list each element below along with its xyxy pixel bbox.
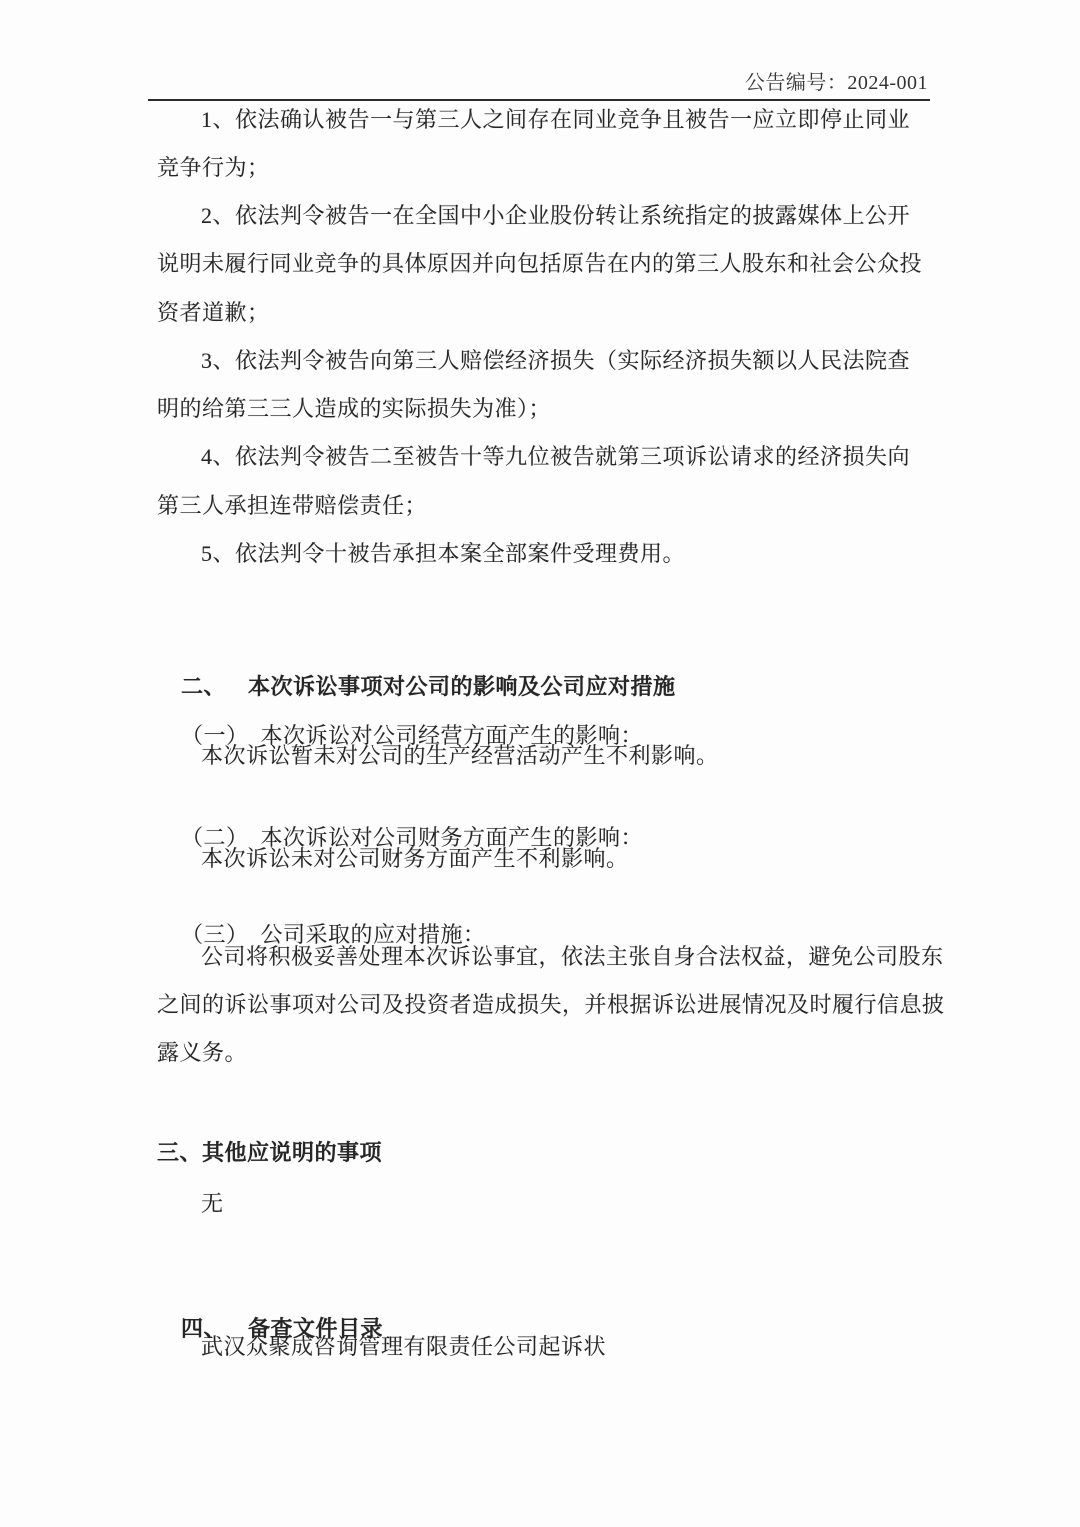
claim-3-line-1: 3、依法判令被告向第三人赔偿经济损失（实际经济损失额以人民法院查 <box>201 347 910 375</box>
claim-1-line-1: 1、依法确认被告一与第三人之间存在同业竞争且被告一应立即停止同业 <box>201 106 910 134</box>
section-2-sub-1-body: 本次诉讼暂未对公司的生产经营活动产生不利影响。 <box>201 742 719 770</box>
claim-2-line-1: 2、依法判令被告一在全国中小企业股份转让系统指定的披露媒体上公开 <box>201 202 910 230</box>
section-2-sub-2-body: 本次诉讼未对公司财务方面产生不利影响。 <box>201 845 629 873</box>
section-3-heading: 三、其他应说明的事项 <box>157 1139 382 1167</box>
claim-2-line-3: 资者道歉； <box>157 299 270 327</box>
claim-2-line-2: 说明未履行同业竞争的具体原因并向包括原告在内的第三人股东和社会公众投 <box>157 250 922 278</box>
section-2-sub-3-body-line-3: 露义务。 <box>157 1039 247 1067</box>
claim-4-line-1: 4、依法判令被告二至被告十等九位被告就第三项诉讼请求的经济损失向 <box>201 443 910 471</box>
section-2-sub-3-body-line-2: 之间的诉讼事项对公司及投资者造成损失，并根据诉讼进展情况及时履行信息披 <box>157 991 945 1019</box>
section-4-body: 武汉众聚成咨询管理有限责任公司起诉状 <box>201 1333 606 1361</box>
section-3-body: 无 <box>201 1190 224 1218</box>
claim-1-line-2: 竞争行为； <box>157 154 270 182</box>
announcement-document-page: 公告编号：2024-001 1、依法确认被告一与第三人之间存在同业竞争且被告一应… <box>0 0 1080 1527</box>
claim-4-line-2: 第三人承担连带赔偿责任； <box>157 492 427 520</box>
announcement-number: 公告编号：2024-001 <box>745 71 928 95</box>
claim-3-line-2: 明的给第三三人造成的实际损失为准）； <box>157 395 551 423</box>
claim-5-line-1: 5、依法判令十被告承担本案全部案件受理费用。 <box>201 540 685 568</box>
header-divider-line <box>148 99 930 101</box>
section-2-sub-3-body-line-1: 公司将积极妥善处理本次诉讼事宜，依法主张自身合法权益，避免公司股东 <box>201 943 944 971</box>
